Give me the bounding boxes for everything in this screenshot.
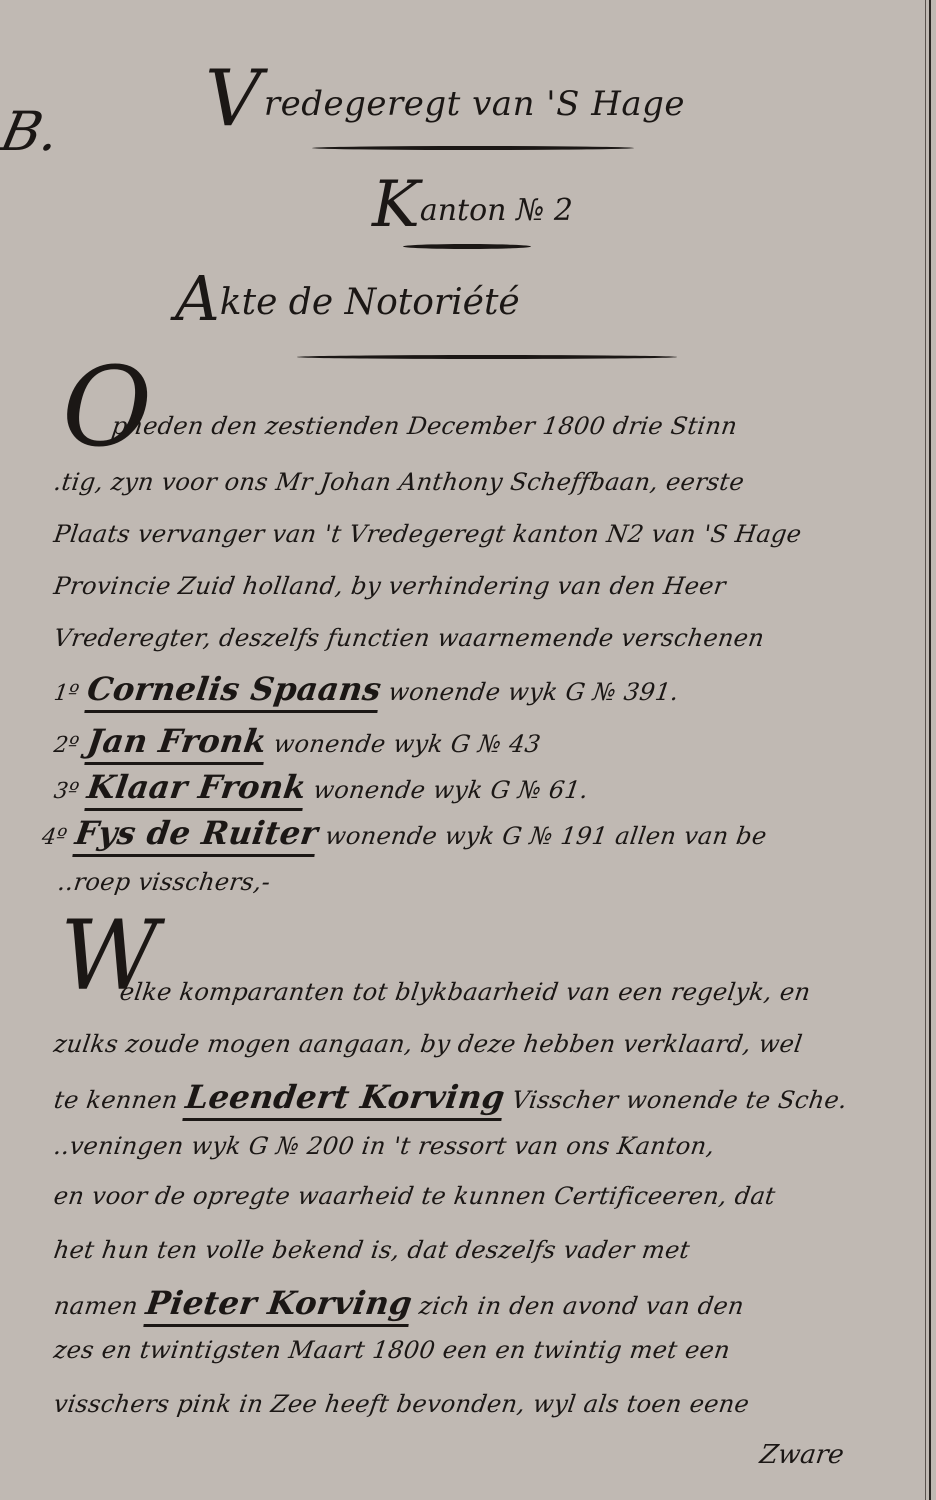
text-line: elke komparanten tot blykbaarheid van ee… bbox=[118, 978, 812, 1006]
text-line: .tig, zyn voor ons Mr Johan Anthony Sche… bbox=[52, 468, 746, 496]
appearer-row: 3º Klaar Fronk wonende wyk G № 61. bbox=[52, 768, 591, 806]
canton-heading: Kanton № 2 bbox=[372, 168, 573, 242]
margin-note: B. bbox=[0, 100, 66, 163]
appearer-row: 1º Cornelis Spaans wonende wyk G № 391. bbox=[52, 670, 682, 708]
text-line: visschers pink in Zee heeft bevonden, wy… bbox=[52, 1390, 751, 1418]
appearer-number: 2º bbox=[52, 733, 80, 758]
text-line: en voor de opregte waarheid te kunnen Ce… bbox=[52, 1182, 777, 1210]
catchword: Zware bbox=[758, 1440, 846, 1470]
appearer-name: Cornelis Spaans bbox=[84, 670, 384, 713]
appearer-name: Jan Fronk bbox=[84, 722, 269, 765]
text-line: Plaats vervanger van 't Vredegeregt kant… bbox=[52, 520, 803, 548]
appearer-address: wonende wyk G № 191 allen van be bbox=[323, 822, 768, 850]
subject-name: Leendert Korving bbox=[183, 1078, 508, 1121]
appearer-row: 4º Fys de Ruiter wonende wyk G № 191 all… bbox=[40, 814, 770, 852]
appearer-name: Klaar Fronk bbox=[84, 768, 309, 811]
title-initial: A bbox=[175, 262, 220, 335]
father-name: Pieter Korving bbox=[143, 1284, 415, 1327]
appearer-address: wonende wyk G № 61. bbox=[312, 776, 591, 804]
appearer-number: 4º bbox=[40, 825, 68, 850]
text-line: ..roep visschers,- bbox=[56, 868, 272, 896]
appearer-address: wonende wyk G № 43 bbox=[272, 730, 543, 758]
court-initial: V bbox=[205, 54, 262, 144]
canton-heading-text: anton № 2 bbox=[420, 193, 573, 228]
appearer-number: 3º bbox=[52, 779, 80, 804]
line-suffix: Visscher wonende te Sche. bbox=[502, 1086, 849, 1114]
canton-initial: K bbox=[372, 168, 420, 242]
line-suffix: zich in den avond van den bbox=[410, 1292, 746, 1320]
document-page: B. Vredegeregt van 'S Hage Kanton № 2 Ak… bbox=[0, 0, 936, 1500]
canton-divider bbox=[403, 244, 531, 249]
line-prefix: te kennen bbox=[52, 1086, 187, 1114]
text-line: namen Pieter Korving zich in den avond v… bbox=[52, 1284, 747, 1322]
text-line: te kennen Leendert Korving Visscher wone… bbox=[52, 1078, 850, 1116]
text-line: pheden den zestienden December 1800 drie… bbox=[110, 412, 739, 440]
page-border-line-thick bbox=[929, 0, 931, 1500]
opening-initial: O bbox=[62, 352, 152, 462]
appearer-number: 1º bbox=[52, 681, 80, 706]
text-line: zulks zoude mogen aangaan, by deze hebbe… bbox=[52, 1030, 804, 1058]
appearer-name: Fys de Ruiter bbox=[72, 814, 320, 857]
deed-title-text: kte de Notoriété bbox=[220, 282, 520, 323]
text-line: Vrederegter, deszelfs functien waarnemen… bbox=[52, 624, 766, 652]
deed-title: Akte de Notoriété bbox=[175, 262, 520, 335]
text-line: ..veningen wyk G № 200 in 't ressort van… bbox=[52, 1132, 716, 1160]
line-prefix: namen bbox=[52, 1292, 148, 1320]
court-heading: Vredegeregt van 'S Hage bbox=[205, 60, 685, 138]
text-line: zes en twintigsten Maart 1800 een en twi… bbox=[52, 1336, 732, 1364]
appearer-address: wonende wyk G № 391. bbox=[387, 678, 681, 706]
appearer-row: 2º Jan Fronk wonende wyk G № 43 bbox=[52, 722, 544, 760]
text-line: het hun ten volle bekend is, dat deszelf… bbox=[52, 1236, 692, 1264]
heading-divider bbox=[312, 146, 634, 150]
page-border-line bbox=[925, 0, 926, 1500]
text-line: Provincie Zuid holland, by verhindering … bbox=[52, 572, 728, 600]
court-heading-text: redegeregt van 'S Hage bbox=[264, 84, 685, 124]
title-divider bbox=[297, 355, 677, 359]
